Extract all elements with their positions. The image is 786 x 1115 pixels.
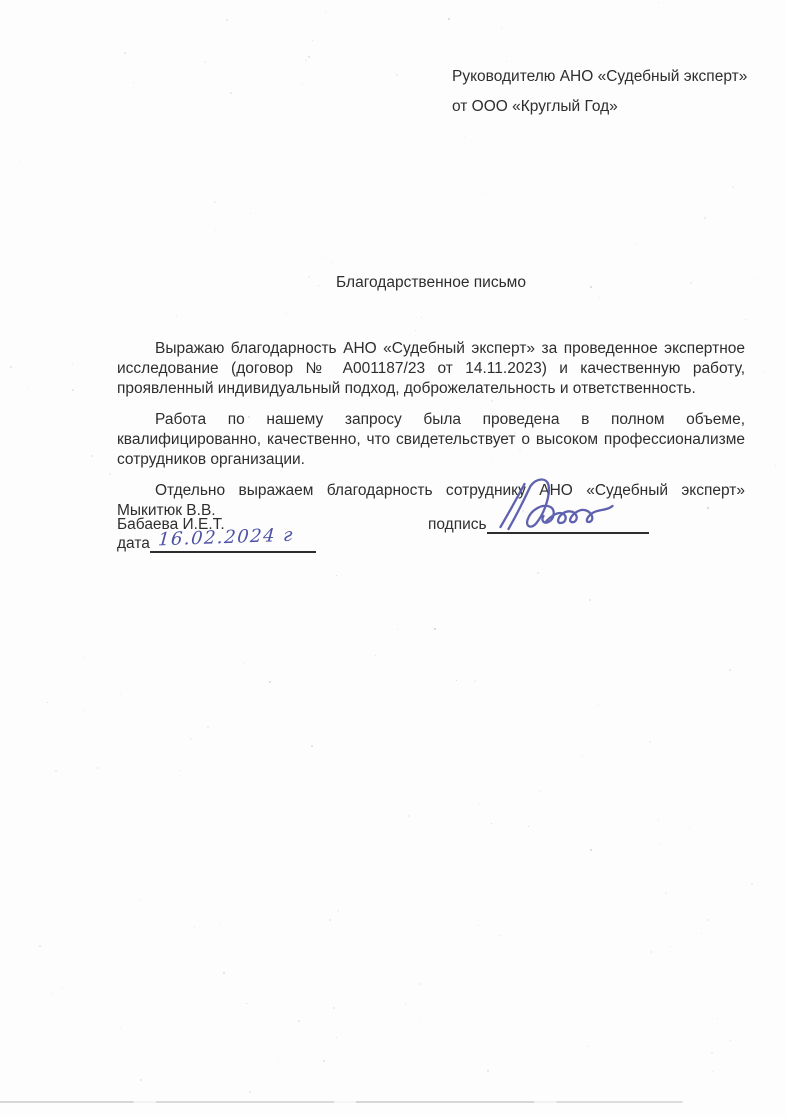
signature-label: подпись [428,516,487,533]
paragraph-employee: Отдельно выражаем благодарность сотрудни… [117,481,745,521]
page: Руководителю АНО «Судебный эксперт» от О… [0,0,786,1115]
scan-edge-line [0,1101,742,1103]
date-label: дата [117,535,150,552]
letter-body: Выражаю благодарность АНО «Судебный эксп… [117,339,745,532]
handwritten-signature-icon [494,477,620,533]
handwritten-date: 16.02.2024 г [157,527,294,550]
date-row: дата16.02.2024 г [117,535,316,553]
sender-line: от ООО «Круглый Год» [452,92,747,122]
recipient-line: Руководителю АНО «Судебный эксперт» [452,62,747,92]
paragraph-gratitude: Выражаю благодарность АНО «Судебный эксп… [117,339,745,399]
paragraph-quality: Работа по нашему запросу была проведена … [117,410,745,470]
document-title: Благодарственное письмо [117,274,745,292]
recipient-block: Руководителю АНО «Судебный эксперт» от О… [452,62,747,122]
date-line: 16.02.2024 г [150,536,316,553]
